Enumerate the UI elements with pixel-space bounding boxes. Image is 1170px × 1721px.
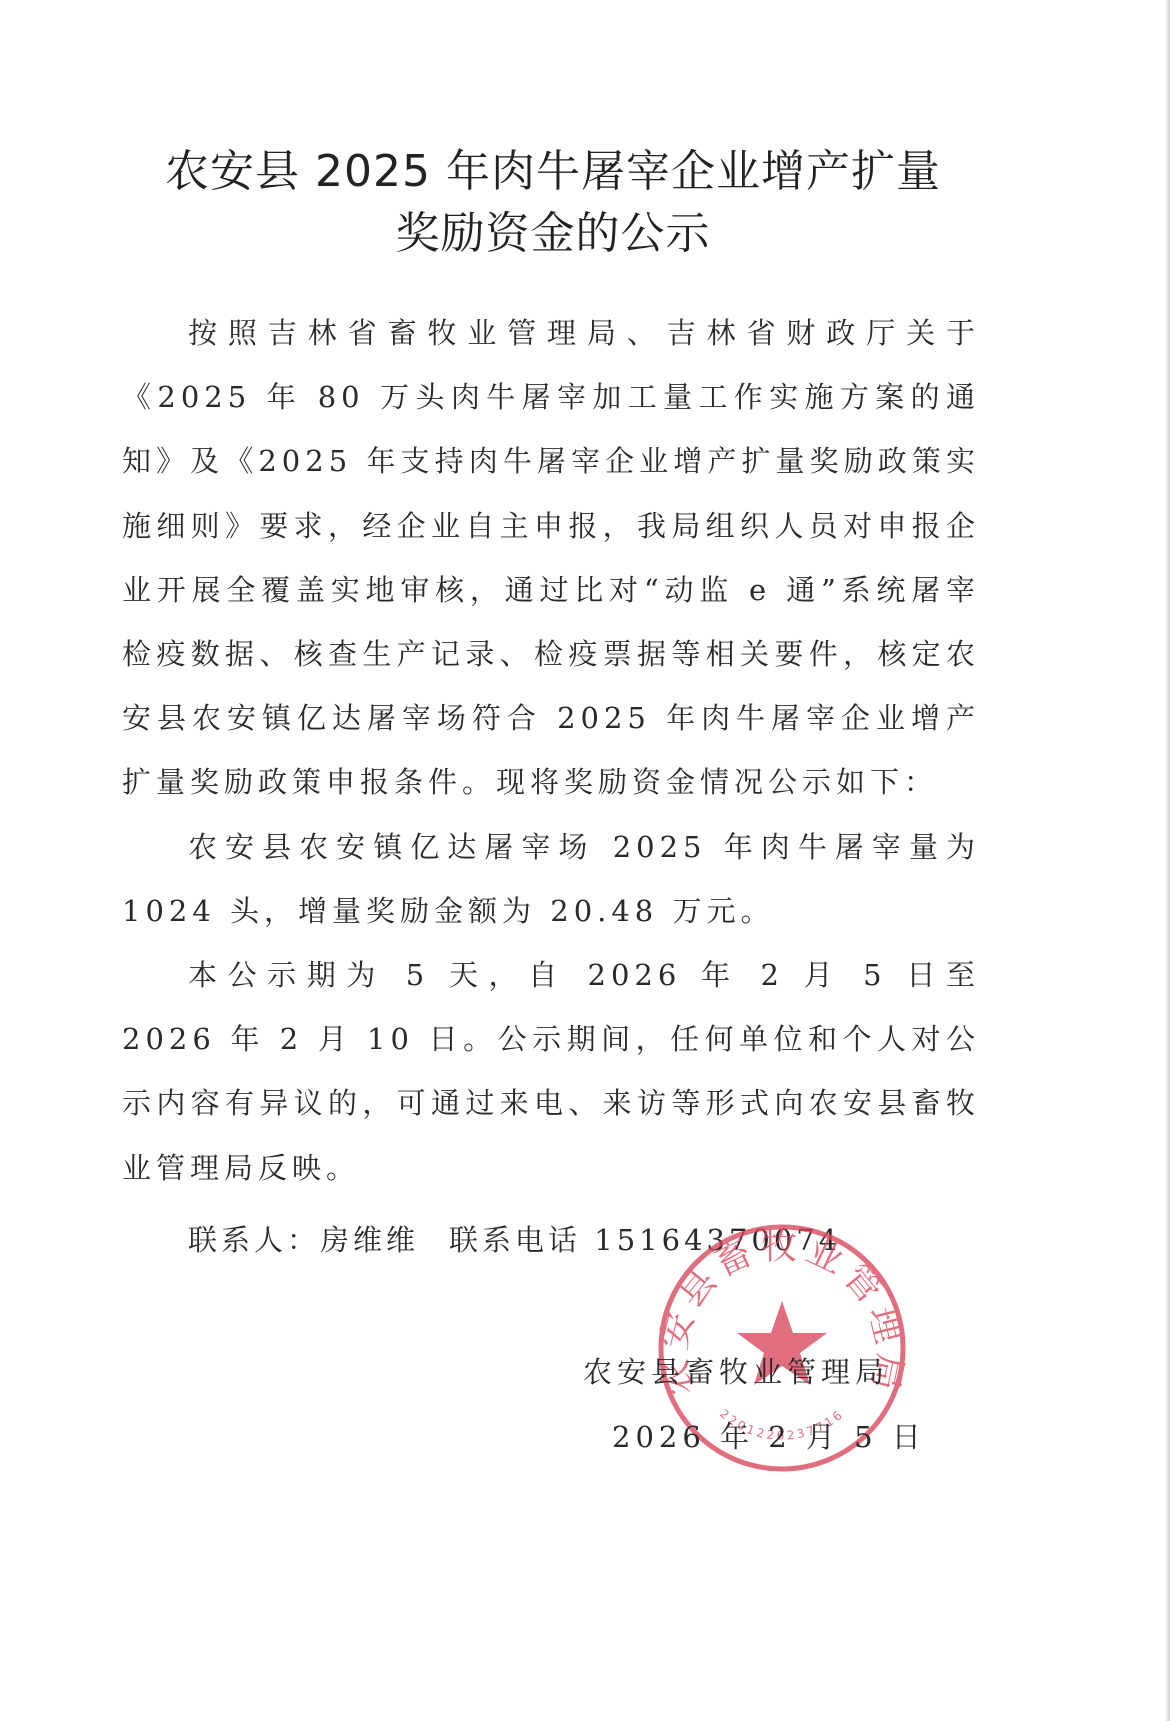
paragraph-text: 本公示期为 5 天，自 2026 年 2 月 5 日至 2026 年 2 月 1… bbox=[122, 943, 980, 1200]
paragraph-reward-amount: 农安县农安镇亿达屠宰场 2025 年肉牛屠宰量为 1024 头，增量奖励金额为 … bbox=[122, 815, 980, 943]
contact-person-label: 联系人： bbox=[188, 1223, 320, 1257]
document-page: 农安县 2025 年肉牛屠宰企业增产扩量 奖励资金的公示 按照吉林省畜牧业管理局… bbox=[0, 0, 1170, 1721]
issuing-organization: 农安县畜牧业管理局 bbox=[583, 1350, 889, 1391]
paragraph-text: 按照吉林省畜牧业管理局、吉林省财政厅关于《2025 年 80 万头肉牛屠宰加工量… bbox=[122, 301, 980, 815]
document-title-line1: 农安县 2025 年肉牛屠宰企业增产扩量 bbox=[0, 150, 1106, 194]
contact-person-name: 房维维 bbox=[320, 1223, 419, 1257]
paragraph-publicity-period: 本公示期为 5 天，自 2026 年 2 月 5 日至 2026 年 2 月 1… bbox=[122, 943, 980, 1200]
contact-phone-label: 联系电话 bbox=[449, 1223, 581, 1257]
paragraph-text: 农安县农安镇亿达屠宰场 2025 年肉牛屠宰量为 1024 头，增量奖励金额为 … bbox=[122, 815, 980, 943]
document-title-line2: 奖励资金的公示 bbox=[0, 212, 1106, 256]
paragraph-background: 按照吉林省畜牧业管理局、吉林省财政厅关于《2025 年 80 万头肉牛屠宰加工量… bbox=[122, 301, 980, 815]
page-edge-divider bbox=[1166, 0, 1170, 1721]
issue-date: 2026 年 2 月 5 日 bbox=[612, 1415, 926, 1456]
